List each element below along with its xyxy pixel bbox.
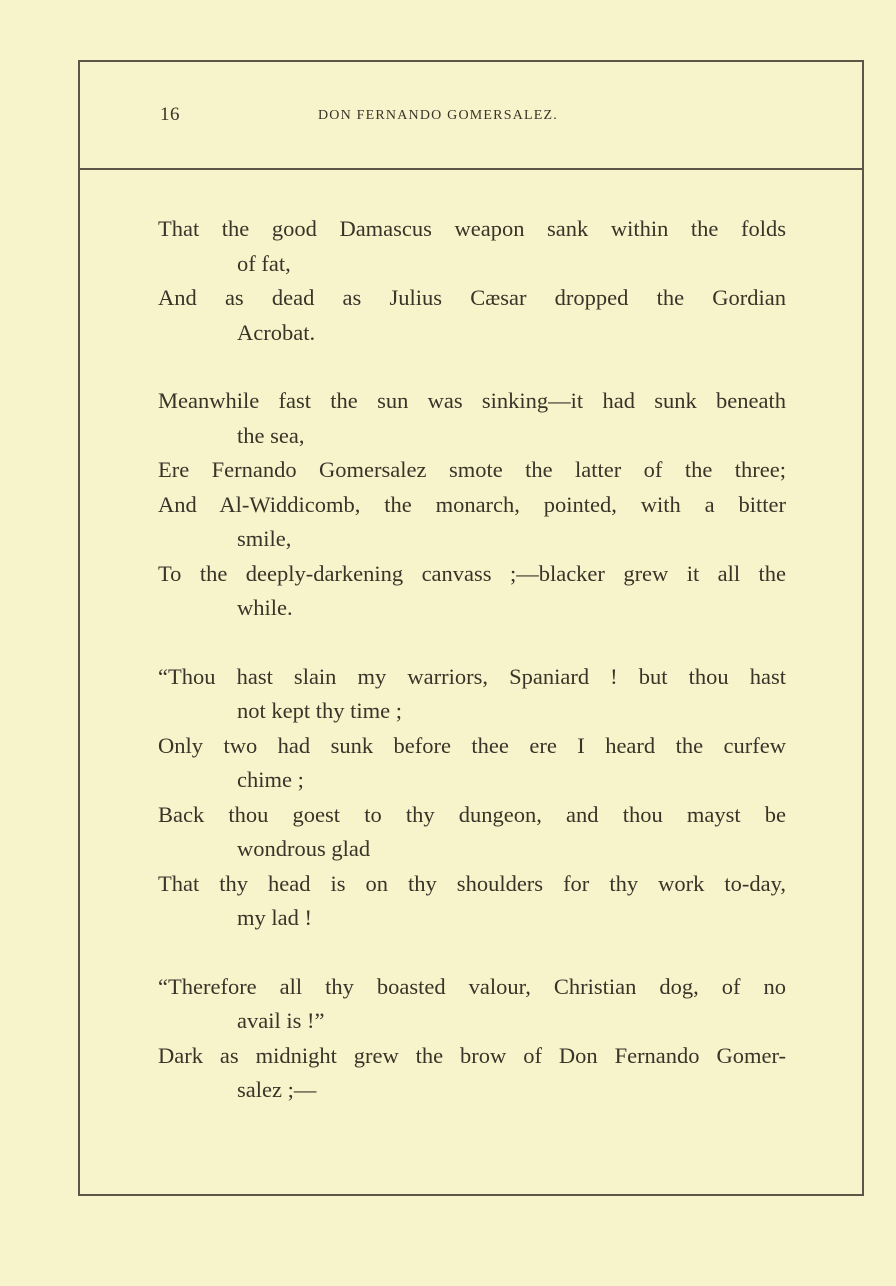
verse-line-continuation: Acrobat. [158,316,786,351]
verse-line: Only two had sunk before thee ere I hear… [158,729,786,764]
verse-line: That thy head is on thy shoulders for th… [158,867,786,902]
page-number: 16 [160,104,180,126]
verse-line-continuation: of fat, [158,247,786,282]
verse-line: “Therefore all thy boasted valour, Chris… [158,970,786,1005]
verse-line-continuation: the sea, [158,419,786,454]
stanza: That the good Damascus weapon sank withi… [158,212,786,350]
verse-line-continuation: salez ;— [158,1073,786,1108]
verse-line: To the deeply-darkening canvass ;—blacke… [158,557,786,592]
running-title: DON FERNANDO GOMERSALEZ. [318,108,558,124]
verse-line: Back thou goest to thy dungeon, and thou… [158,798,786,833]
verse-line-continuation: while. [158,591,786,626]
stanza: Meanwhile fast the sun was sinking—it ha… [158,384,786,626]
verse-line: And Al-Widdicomb, the monarch, pointed, … [158,488,786,523]
stanza: “Therefore all thy boasted valour, Chris… [158,970,786,1108]
verse-line: Ere Fernando Gomersalez smote the latter… [158,453,786,488]
verse-line-continuation: not kept thy time ; [158,694,786,729]
verse-line-continuation: wondrous glad [158,832,786,867]
verse-line-continuation: smile, [158,522,786,557]
page-header: 16 DON FERNANDO GOMERSALEZ. [80,62,862,170]
poem-body: That the good Damascus weapon sank withi… [158,212,786,1142]
verse-line: That the good Damascus weapon sank withi… [158,212,786,247]
verse-line-continuation: avail is !” [158,1004,786,1039]
stanza: “Thou hast slain my warriors, Spaniard !… [158,660,786,936]
verse-line: Meanwhile fast the sun was sinking—it ha… [158,384,786,419]
verse-line-continuation: my lad ! [158,901,786,936]
verse-line: Dark as midnight grew the brow of Don Fe… [158,1039,786,1074]
verse-line: “Thou hast slain my warriors, Spaniard !… [158,660,786,695]
verse-line: And as dead as Julius Cæsar dropped the … [158,281,786,316]
verse-line-continuation: chime ; [158,763,786,798]
page-frame: 16 DON FERNANDO GOMERSALEZ. That the goo… [78,60,864,1196]
